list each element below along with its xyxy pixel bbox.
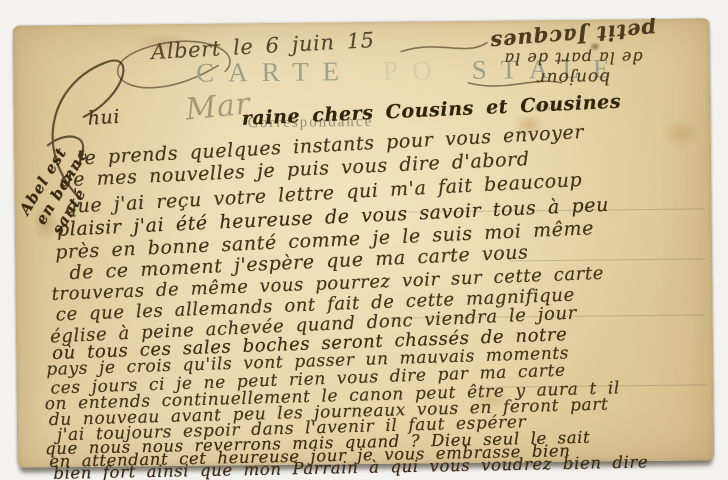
inverted-note-line: bonjour bbox=[433, 66, 713, 89]
upside-down-greeting-note: bonjour de la part de la petit Jacques bbox=[433, 22, 714, 89]
printed-title-left: CARTE bbox=[196, 56, 353, 88]
scanned-postcard-photo: CARTEPOSTALE Correspondance resse Albert… bbox=[0, 0, 728, 480]
postcard: CARTEPOSTALE Correspondance resse Albert… bbox=[13, 18, 715, 467]
paper-stain bbox=[662, 118, 702, 148]
address-dotted-line bbox=[510, 258, 705, 261]
salutation-prefix-fragment: hui bbox=[87, 106, 121, 130]
